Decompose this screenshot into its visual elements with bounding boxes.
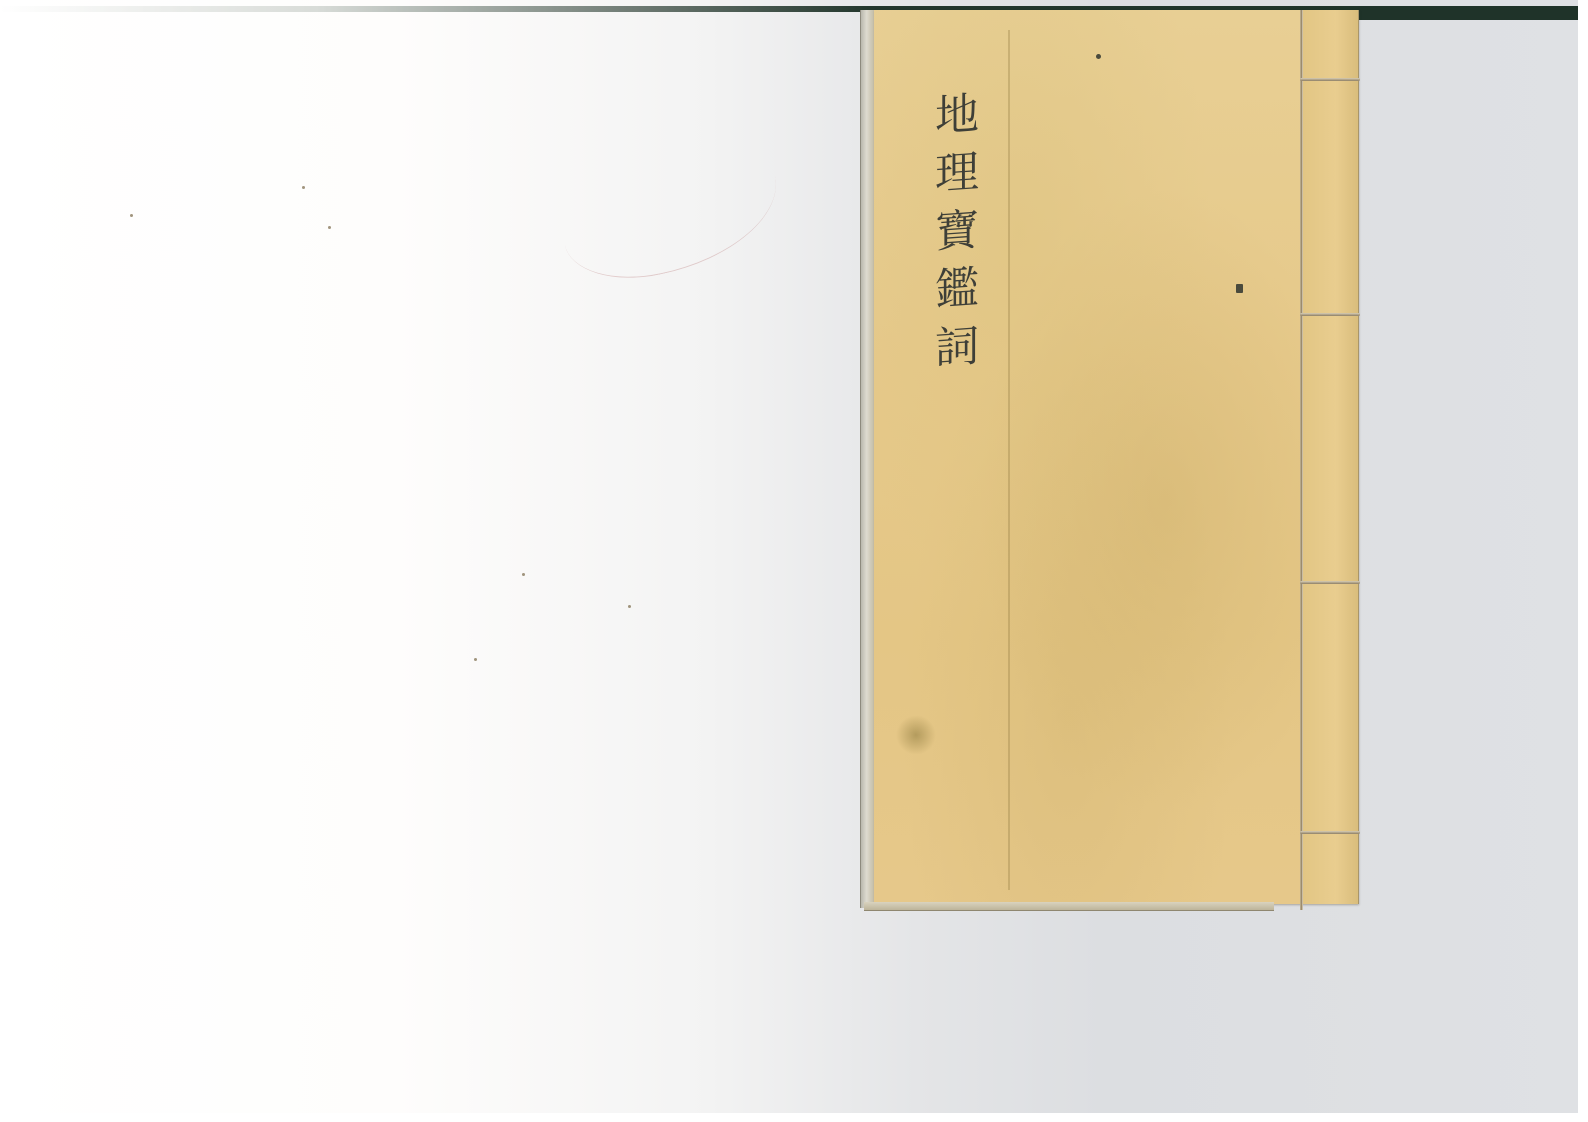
dust-speck	[302, 186, 305, 189]
stray-fiber	[550, 128, 790, 292]
scanner-top-edge-dark	[1358, 6, 1578, 20]
dust-speck	[522, 573, 525, 576]
binding-thread-vertical	[1300, 10, 1303, 910]
ink-spot	[1236, 284, 1243, 293]
dust-speck	[328, 226, 331, 229]
ink-spot	[1096, 54, 1101, 59]
dust-speck	[130, 214, 133, 217]
cover-crease	[1008, 30, 1010, 890]
cover-stain	[896, 715, 936, 755]
book-cover: 地理寶鑑詞	[874, 10, 1358, 904]
dust-speck	[474, 658, 477, 661]
dust-speck	[628, 605, 631, 608]
stitched-book: 地理寶鑑詞	[860, 10, 1360, 910]
binding-stitch	[1300, 831, 1360, 834]
binding-stitch	[1300, 313, 1360, 316]
binding-flap	[1303, 10, 1359, 904]
binding-stitch	[1300, 581, 1360, 584]
binding-stitch	[1300, 78, 1360, 81]
handwritten-title: 地理寶鑑詞	[914, 90, 974, 384]
page-block-bottom	[864, 902, 1274, 911]
